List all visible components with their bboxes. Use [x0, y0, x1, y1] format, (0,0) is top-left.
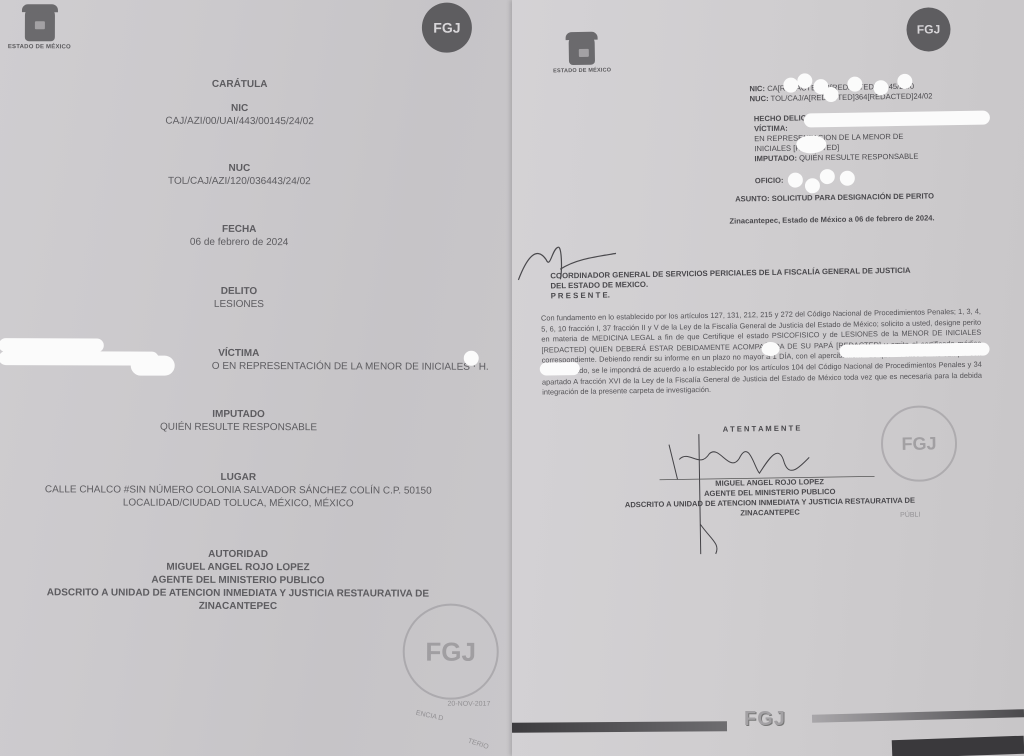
- redaction-mark: [464, 351, 479, 366]
- oficio-number: OFICIO:: [755, 176, 784, 186]
- redaction-mark: [839, 343, 989, 358]
- fgj-logo: FGJ: [906, 7, 951, 52]
- footer-fgj-logo: FGJ: [744, 708, 786, 731]
- imputado-field: IMPUTADO QUIÉN RESULTE RESPONSABLE: [0, 407, 479, 435]
- footer-bar-left: [512, 721, 727, 733]
- stamp-text: ENCIA D: [415, 710, 444, 723]
- state-logo-label: ESTADO DE MÉXICO: [553, 67, 611, 74]
- redaction-mark: [540, 362, 580, 376]
- state-crest-icon: [24, 7, 54, 41]
- footer-bar-bottom: [892, 736, 1024, 756]
- caratula-title: CARÁTULA: [0, 77, 480, 92]
- fecha-field: FECHA 06 de febrero de 2024: [0, 222, 479, 250]
- imputado: IMPUTADO: QUIÉN RESULTE RESPONSABLE: [754, 152, 918, 165]
- official-seal-stamp: FGJ: [403, 604, 499, 700]
- nic-field: NIC CAJ/AZI/00/UAI/443/00145/24/02: [0, 101, 480, 129]
- redaction-mark: [820, 169, 835, 184]
- fgj-logo: FGJ: [422, 3, 472, 53]
- stamp-text: TERIO: [467, 738, 490, 751]
- redaction-mark: [805, 178, 820, 193]
- victima: VÍCTIMA:: [754, 124, 788, 135]
- redaction-mark: [131, 356, 175, 376]
- oficio-page: ESTADO DE MÉXICO FGJ NIC: CA[REDACTED]/4…: [512, 0, 1024, 756]
- recipient-line-3: P R E S E N T E.: [551, 290, 610, 301]
- nuc-field: NUC TOL/CAJ/AZI/120/036443/24/02: [0, 161, 479, 189]
- stamp-date: 20-NOV-2017: [448, 701, 491, 708]
- nuc-reference: NUC: TOL/CAJ/A[REDACTED]364[REDACTED]24/…: [750, 91, 933, 104]
- lugar-line-2: LOCALIDAD/CIUDAD TOLUCA, MÉXICO, MÉXICO: [0, 496, 488, 511]
- estado-de-mexico-logo: ESTADO DE MÉXICO: [8, 7, 71, 50]
- autoridad-unit-line-2: ZINACANTEPEC: [0, 599, 488, 614]
- redaction-mark: [788, 172, 803, 187]
- estado-de-mexico-logo: ESTADO DE MÉXICO: [553, 34, 612, 74]
- state-logo-label: ESTADO DE MÉXICO: [8, 44, 71, 50]
- official-seal-stamp: FGJ: [880, 405, 957, 482]
- autoridad-block: AUTORIDAD MIGUEL ANGEL ROJO LOPEZ AGENTE…: [0, 547, 478, 588]
- caratula-page: ESTADO DE MÉXICO FGJ CARÁTULA NIC CAJ/AZ…: [0, 0, 512, 756]
- place-date: Zinacantepec, Estado de México a 06 de f…: [729, 213, 934, 226]
- redaction-mark: [804, 111, 990, 128]
- redaction-mark: [840, 171, 855, 186]
- delito-field: DELITO LESIONES: [0, 284, 479, 312]
- asunto-line: ASUNTO: SOLICITUD PARA DESIGNACIÓN DE PE…: [735, 191, 934, 204]
- stamp-text: PÚBLI: [900, 512, 920, 519]
- state-crest-icon: [569, 35, 595, 65]
